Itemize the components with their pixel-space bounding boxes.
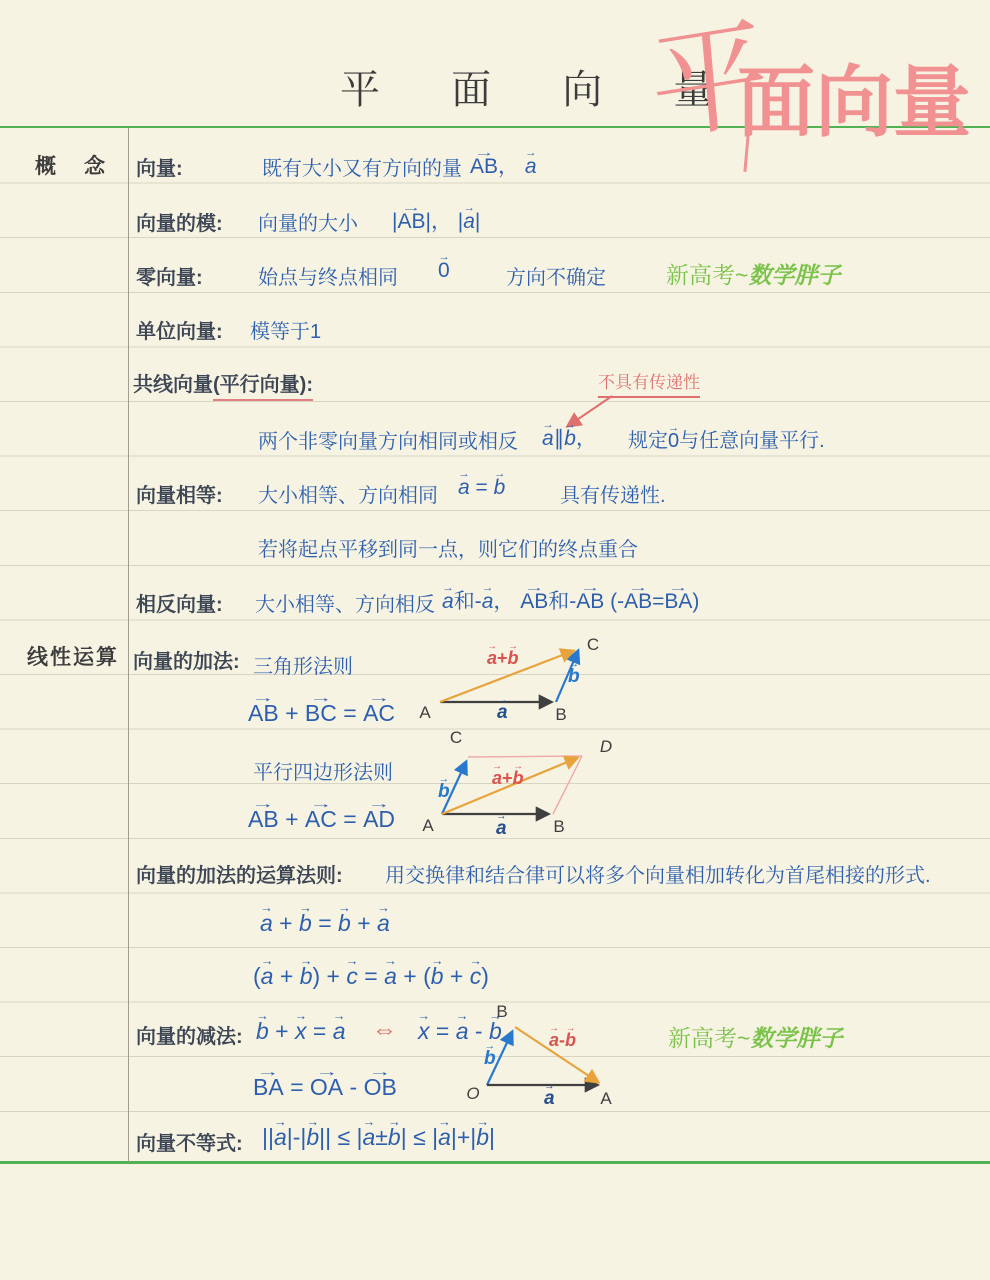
extra-zero-vector: 方向不确定 [506,261,606,290]
watermark-bottom: 新高考~数学胖子 [668,1020,842,1053]
label-equal: 向量相等: [136,479,223,508]
point-label-D: D [600,737,612,756]
diagram-triangle-add: A B C [415,628,625,733]
label-modulus: 向量的模: [136,207,223,236]
iff-arrow: ⇔ [372,1016,397,1045]
math-collinear: a∥b， [542,422,597,452]
watermark-brand: 数学胖子 [750,1025,842,1051]
desc-equal: 大小相等、方向相同 [258,479,438,508]
desc-collinear: 两个非零向量方向相同或相反 [258,425,518,454]
desc-zero-vector: 始点与终点相同 [258,261,398,290]
watermark-top: 新高考~数学胖子 [666,257,840,290]
desc-opposite: 大小相等、方向相反 [255,588,435,617]
label-collinear-main: 共线向量 [133,374,213,396]
vector-a-label: a [497,702,508,724]
watermark-prefix: 新高考~ [668,1025,750,1051]
label-subtraction: 向量的减法: [136,1020,243,1049]
edge-CD [468,756,582,757]
desc-addition-laws: 用交换律和结合律可以将多个向量相加转化为首尾相接的形式. [385,859,931,888]
section-linear-ops: 线性运算 [27,641,119,671]
formula-commutative: a + b = b + a [260,910,390,937]
desc-unit-vector: 模等于1 [250,315,321,344]
label-unit-vector: 单位向量: [136,315,223,344]
vector-b-label: b [568,666,580,688]
math-zero-vector: 0 [438,259,450,283]
formula-parallelogram-add: AB + AC = AD [248,806,395,833]
vector-a-label: a [544,1088,555,1110]
label-inequality: 向量不等式: [136,1127,243,1156]
vector-sum-label: a+b [487,648,519,669]
point-label-A: A [422,816,434,835]
column-divider [128,128,129,1162]
formula-associative: (a + b) + c = a + (b + c) [253,963,489,990]
diagram-parallelogram-add: A B C D [418,728,653,843]
watermark-prefix: 新高考~ [666,262,748,288]
point-label-A: A [600,1089,612,1108]
desc-equal-detail: 若将起点平移到同一点，则它们的终点重合 [258,533,638,562]
point-label-B: B [496,1002,507,1021]
vector-sum-label: a+b [492,768,524,789]
label-addition-laws: 向量的加法的运算法则: [136,859,343,888]
desc-vector: 既有大小又有方向的量 [262,152,462,181]
vector-a-label: a [496,818,507,840]
point-label-O: O [466,1084,479,1103]
point-label-B: B [553,817,564,836]
formula-subtraction-left: b + x = a [256,1018,346,1045]
vector-b-label: b [438,781,450,803]
watermark-brand: 数学胖子 [748,262,840,288]
label-opposite: 相反向量: [136,588,223,617]
math-modulus: |AB|， |a| [392,205,480,235]
bottom-margin-line [0,1161,990,1164]
point-label-A: A [419,703,431,722]
tail-collinear: 规定0与任意向量平行. [628,424,825,453]
point-label-B: B [555,705,566,724]
section-concepts: 概念 [35,150,133,180]
label-collinear-paren: (平行向量): [213,374,313,401]
rule-parallelogram: 平行四边形法则 [253,756,393,785]
notes-page: 平 面 向 量 平 面向量 概念 线性运算 向量: 既有大小又有方向的量 AB，… [0,0,990,1280]
point-label-C: C [587,635,599,654]
tail-equal: 具有传递性. [560,479,666,508]
formula-triangle-add: AB + BC = AC [248,700,395,727]
math-equal: a = b [458,476,505,500]
label-zero-vector: 零向量: [136,261,203,290]
desc-modulus: 向量的大小 [258,207,358,236]
vector-b-label: b [484,1048,496,1070]
point-label-C: C [450,728,462,747]
label-vector: 向量: [136,152,183,181]
label-addition: 向量的加法: [133,645,240,674]
math-opposite: a和-a， AB和-AB (-AB=BA) [442,585,699,615]
edge-BD [553,756,582,814]
math-vector: AB， a [470,150,537,180]
label-collinear: 共线向量(平行向量): [133,368,313,397]
rule-triangle: 三角形法则 [253,650,353,679]
vector-diff-label: a-b [549,1030,576,1051]
title-overlay-text: 面向量 [737,40,971,152]
math-inequality: ||a|-|b|| ≤ |a±b| ≤ |a|+|b| [262,1124,495,1151]
formula-BA: BA = OA - OB [253,1074,397,1101]
